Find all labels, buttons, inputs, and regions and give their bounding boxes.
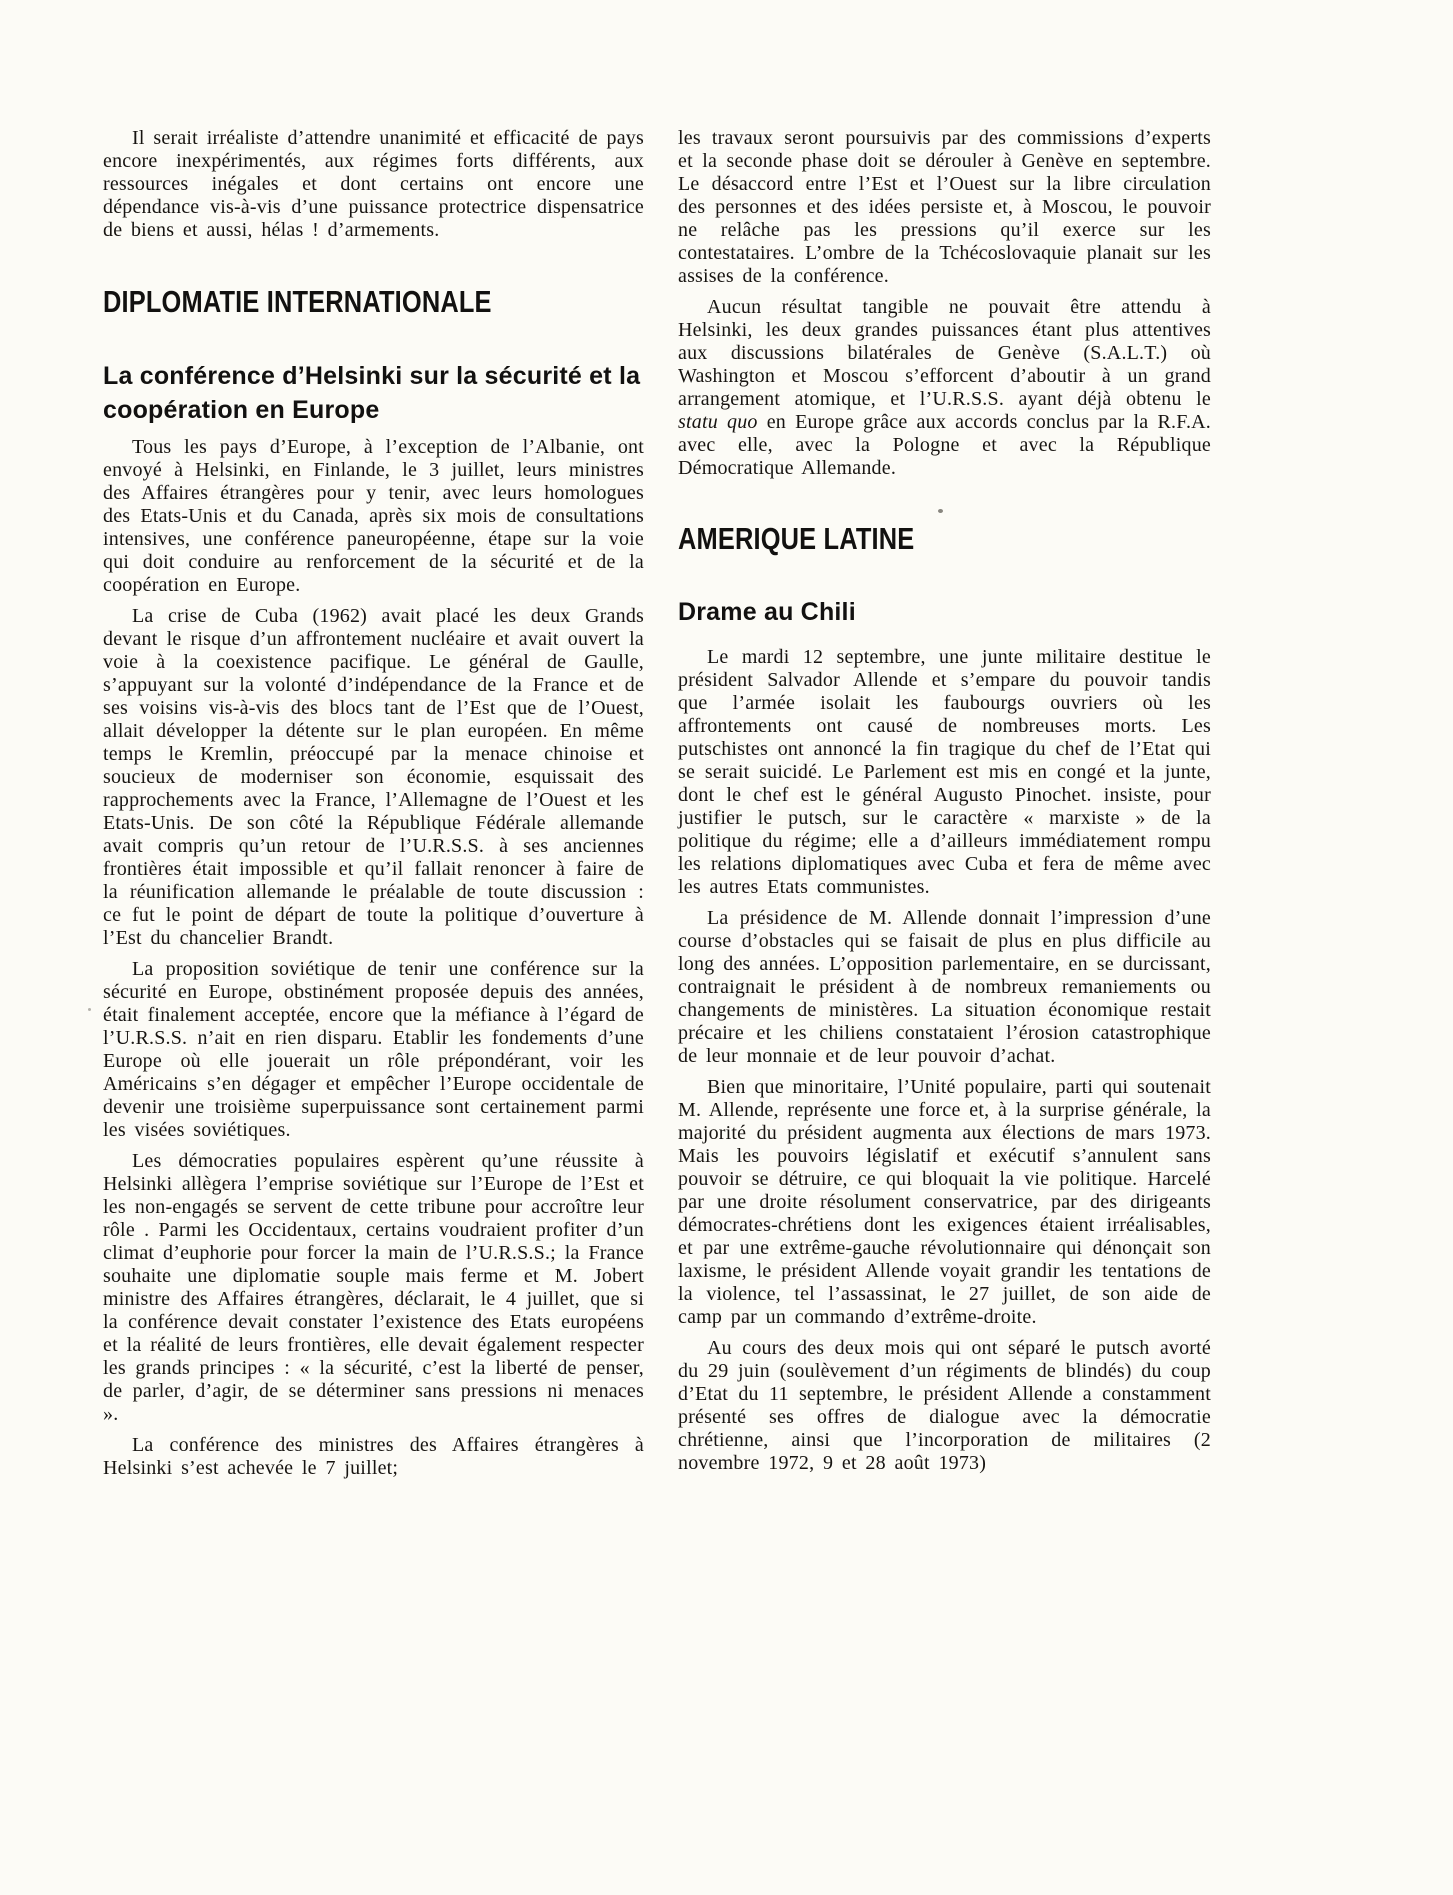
- paragraph-crise-cuba-detente: La crise de Cuba (1962) avait placé les …: [103, 605, 644, 950]
- scan-speck: [88, 1008, 91, 1011]
- paragraph-unite-populaire: Bien que minoritaire, l’Unité populaire,…: [678, 1076, 1211, 1329]
- section-heading-diplomatie-internationale: DIPLOMATIE INTERNATIONALE: [103, 286, 547, 318]
- paragraph-salt-statu-quo: Aucun résultat tangible ne pouvait être …: [678, 296, 1211, 480]
- paragraph-helsinki-ouverture: Tous les pays d’Europe, à l’exception de…: [103, 436, 644, 597]
- paragraph-intro-armements: Il serait irréaliste d’attendre unanimit…: [103, 127, 644, 242]
- paragraph-presidence-allende: La présidence de M. Allende donnait l’im…: [678, 907, 1211, 1068]
- left-column: Il serait irréaliste d’attendre unanimit…: [103, 127, 644, 1488]
- article-heading-conference-helsinki: La conférence d’Helsinki sur la sécurité…: [103, 359, 644, 427]
- salt-text-after-italic: en Europe grâce aux accords conclus par …: [678, 411, 1211, 479]
- article-heading-drame-au-chili: Drame au Chili: [678, 595, 1211, 629]
- paragraph-democraties-populaires: Les démocraties populaires espèrent qu’u…: [103, 1150, 644, 1426]
- paragraph-junte-militaire: Le mardi 12 septembre, une junte militai…: [678, 646, 1211, 899]
- scan-speck: [1152, 184, 1155, 187]
- paragraph-proposition-sovietique: La proposition soviétique de tenir une c…: [103, 958, 644, 1142]
- salt-text-before-italic: Aucun résultat tangible ne pouvait être …: [678, 296, 1211, 410]
- paragraph-travaux-commissions: les travaux seront poursuivis par des co…: [678, 127, 1211, 288]
- right-column: les travaux seront poursuivis par des co…: [678, 127, 1211, 1483]
- scanned-document-page: Il serait irréaliste d’attendre unanimit…: [0, 0, 1453, 1895]
- section-heading-amerique-latine: AMERIQUE LATINE: [678, 523, 1115, 555]
- scan-speck: [938, 509, 943, 513]
- statu-quo-italic: statu quo: [678, 411, 758, 433]
- paragraph-conference-achevee: La conférence des ministres des Affaires…: [103, 1434, 644, 1480]
- paragraph-putsch-avorte: Au cours des deux mois qui ont séparé le…: [678, 1337, 1211, 1475]
